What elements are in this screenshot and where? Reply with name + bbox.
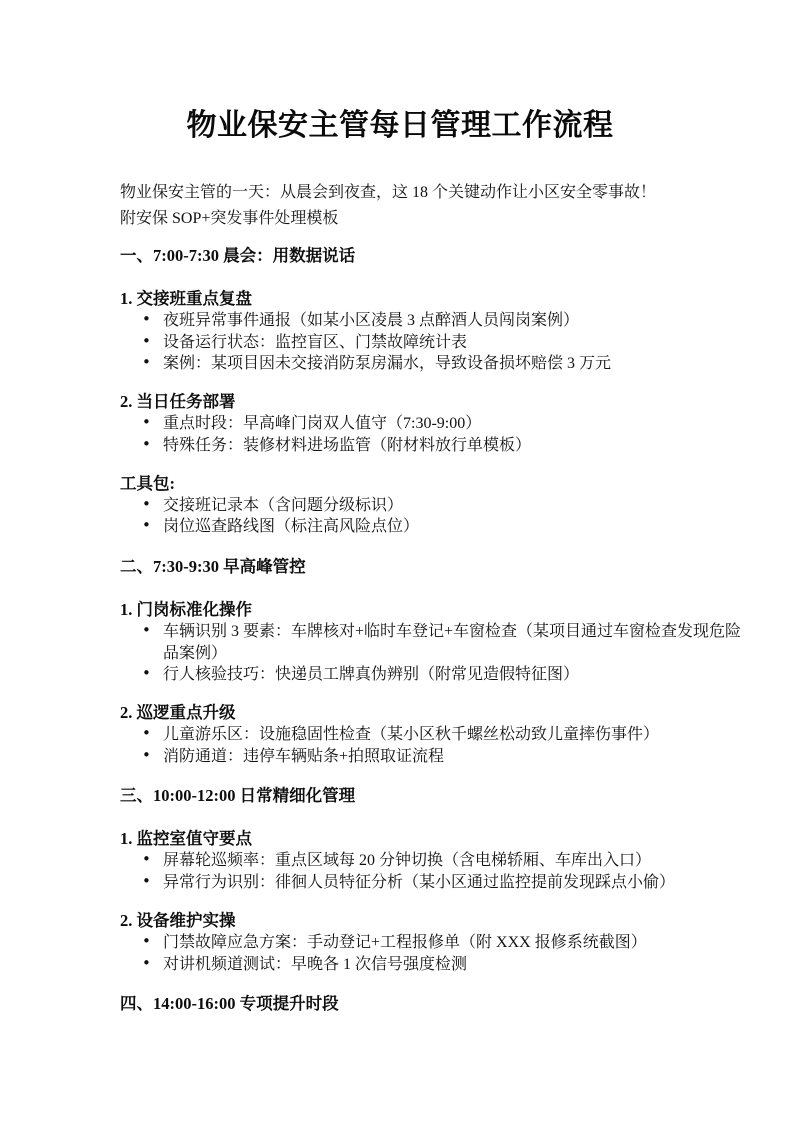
bullet-text: 重点时段：早高峰门岗双人值守（7:30-9:00） [163,415,481,432]
bullet-item: •夜班异常事件通报（如某小区凌晨 3 点醉酒人员闯岗案例） [163,310,747,332]
sub-heading: 2. 巡逻重点升级 [120,702,800,724]
bullet-text: 对讲机频道测试：早晚各 1 次信号强度检测 [163,956,467,973]
bullet-icon: • [142,331,151,353]
bullet-icon: • [142,745,151,767]
section-heading: 四、14:00-16:00 专项提升时段 [120,993,800,1015]
bullet-item: •行人核验技巧：快递员工牌真伪辨别（附常见造假特征图） [163,664,747,686]
bullet-text: 车辆识别 3 要素：车牌核对+临时车登记+车窗检查（某项目通过车窗检查发现危险品… [163,623,741,662]
section-heading: 一、7:00-7:30 晨会：用数据说话 [120,245,800,267]
sub-heading: 2. 当日任务部署 [120,391,800,413]
bullet-icon: • [142,309,151,331]
sub-heading: 1. 监控室值守要点 [120,828,800,850]
bullet-text: 设备运行状态：监控盲区、门禁故障统计表 [163,334,467,351]
bullet-icon: • [142,931,151,953]
bullet-text: 案例：某项目因未交接消防泵房漏水，导致设备损坏赔偿 3 万元 [163,355,611,372]
sub-heading: 工具包: [120,473,800,495]
bullet-item: •屏幕轮巡频率：重点区域每 20 分钟切换（含电梯轿厢、车库出入口） [163,850,747,872]
sub-heading: 1. 交接班重点复盘 [120,288,800,310]
bullet-list: •夜班异常事件通报（如某小区凌晨 3 点醉酒人员闯岗案例）•设备运行状态：监控盲… [163,310,747,375]
section-heading: 二、7:30-9:30 早高峰管控 [120,556,800,578]
bullet-item: •岗位巡查路线图（标注高风险点位） [163,516,747,538]
bullet-icon: • [142,663,151,685]
bullet-item: •案例：某项目因未交接消防泵房漏水，导致设备损坏赔偿 3 万元 [163,353,747,375]
bullet-icon: • [142,412,151,434]
bullet-icon: • [142,434,151,456]
bullet-list: •门禁故障应急方案：手动登记+工程报修单（附 XXX 报修系统截图）•对讲机频道… [163,932,747,975]
bullet-icon: • [142,723,151,745]
bullet-item: •交接班记录本（含问题分级标识） [163,495,747,517]
bullet-text: 特殊任务：装修材料进场监管（附材料放行单模板） [163,437,531,454]
bullet-item: •消防通道：违停车辆贴条+拍照取证流程 [163,746,747,768]
bullet-list: •车辆识别 3 要素：车牌核对+临时车登记+车窗检查（某项目通过车窗检查发现危险… [163,621,747,686]
bullet-icon: • [142,953,151,975]
bullet-item: •异常行为识别：徘徊人员特征分析（某小区通过监控提前发现踩点小偷） [163,872,747,894]
sub-heading: 1. 门岗标准化操作 [120,599,800,621]
bullet-item: •重点时段：早高峰门岗双人值守（7:30-9:00） [163,413,747,435]
bullet-list: •屏幕轮巡频率：重点区域每 20 分钟切换（含电梯轿厢、车库出入口）•异常行为识… [163,850,747,893]
bullet-item: •门禁故障应急方案：手动登记+工程报修单（附 XXX 报修系统截图） [163,932,747,954]
bullet-icon: • [142,352,151,374]
bullet-text: 异常行为识别：徘徊人员特征分析（某小区通过监控提前发现踩点小偷） [163,874,675,891]
bullet-icon: • [142,871,151,893]
bullet-text: 消防通道：违停车辆贴条+拍照取证流程 [163,748,444,765]
bullet-icon: • [142,515,151,537]
bullet-item: •设备运行状态：监控盲区、门禁故障统计表 [163,332,747,354]
bullet-text: 儿童游乐区：设施稳固性检查（某小区秋千螺丝松动致儿童摔伤事件） [163,726,659,743]
bullet-item: •对讲机频道测试：早晚各 1 次信号强度检测 [163,954,747,976]
intro-line-2: 附安保 SOP+突发事件处理模板 [120,206,750,232]
bullet-icon: • [142,620,151,642]
bullet-item: •车辆识别 3 要素：车牌核对+临时车登记+车窗检查（某项目通过车窗检查发现危险… [163,621,747,664]
bullet-text: 交接班记录本（含问题分级标识） [163,497,403,514]
bullet-list: •重点时段：早高峰门岗双人值守（7:30-9:00）•特殊任务：装修材料进场监管… [163,413,747,456]
document-body: 一、7:00-7:30 晨会：用数据说话1. 交接班重点复盘•夜班异常事件通报（… [0,245,800,1015]
bullet-list: •儿童游乐区：设施稳固性检查（某小区秋千螺丝松动致儿童摔伤事件）•消防通道：违停… [163,724,747,767]
bullet-text: 夜班异常事件通报（如某小区凌晨 3 点醉酒人员闯岗案例） [163,312,579,329]
bullet-list: •交接班记录本（含问题分级标识）•岗位巡查路线图（标注高风险点位） [163,495,747,538]
bullet-item: •特殊任务：装修材料进场监管（附材料放行单模板） [163,435,747,457]
bullet-icon: • [142,494,151,516]
bullet-text: 屏幕轮巡频率：重点区域每 20 分钟切换（含电梯轿厢、车库出入口） [163,852,651,869]
bullet-item: •儿童游乐区：设施稳固性检查（某小区秋千螺丝松动致儿童摔伤事件） [163,724,747,746]
bullet-text: 岗位巡查路线图（标注高风险点位） [163,518,419,535]
document-title: 物业保安主管每日管理工作流程 [0,0,800,148]
document-page: 物业保安主管每日管理工作流程 物业保安主管的一天：从晨会到夜查，这 18 个关键… [0,0,800,1132]
bullet-text: 行人核验技巧：快递员工牌真伪辨别（附常见造假特征图） [163,666,579,683]
intro-line-1: 物业保安主管的一天：从晨会到夜查，这 18 个关键动作让小区安全零事故！ [120,180,750,206]
bullet-icon: • [142,849,151,871]
section-heading: 三、10:00-12:00 日常精细化管理 [120,785,800,807]
sub-heading: 2. 设备维护实操 [120,910,800,932]
bullet-text: 门禁故障应急方案：手动登记+工程报修单（附 XXX 报修系统截图） [163,934,647,951]
